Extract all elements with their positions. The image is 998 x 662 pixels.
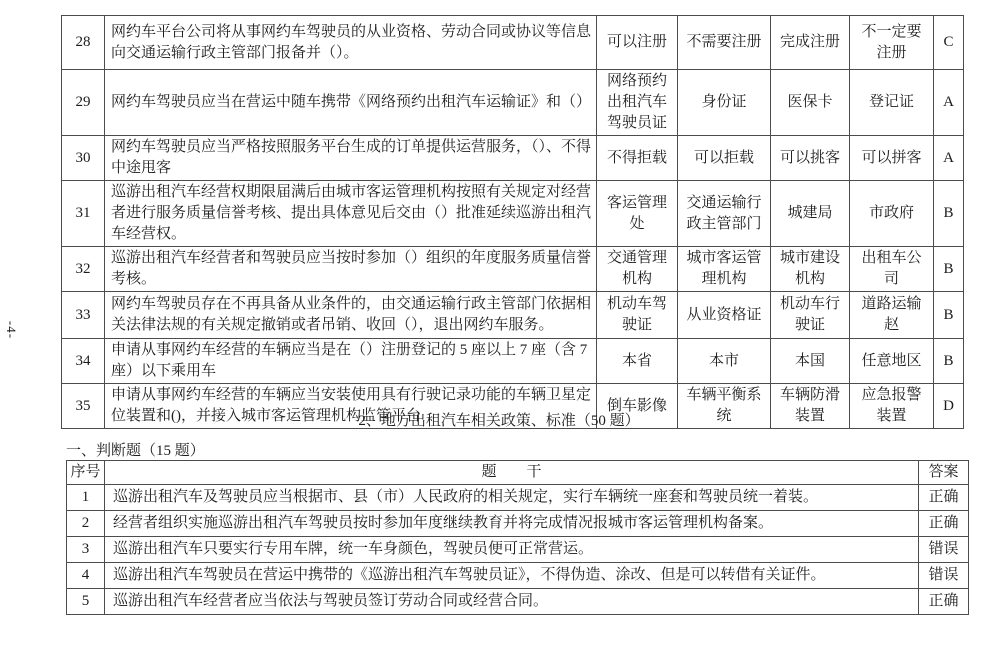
option-c-cell: 完成注册 bbox=[771, 16, 850, 70]
question-cell: 巡游出租汽车经营者和驾驶员应当按时参加（）组织的年度服务质量信誉考核。 bbox=[105, 247, 597, 292]
row-number-cell: 32 bbox=[62, 247, 105, 292]
header-answer: 答案 bbox=[919, 461, 969, 485]
row-number-cell: 5 bbox=[67, 589, 105, 615]
row-number-cell: 29 bbox=[62, 70, 105, 136]
answer-cell: A bbox=[934, 136, 964, 181]
page-number: -4- bbox=[3, 313, 19, 347]
answer-cell: 错误 bbox=[919, 537, 969, 563]
question-cell: 巡游出租汽车驾驶员在营运中携带的《巡游出租汽车驾驶员证》，不得伪造、涂改、但是可… bbox=[105, 563, 919, 589]
answer-cell: B bbox=[934, 247, 964, 292]
answer-cell: B bbox=[934, 181, 964, 247]
question-cell: 网约车驾驶员应当在营运中随车携带《网络预约出租汽车运输证》和（） bbox=[105, 70, 597, 136]
answer-cell: B bbox=[934, 339, 964, 384]
option-a-cell: 可以注册 bbox=[597, 16, 678, 70]
tf-row-1: 1 巡游出租汽车及驾驶员应当根据市、县（市）人民政府的相关规定，实行车辆统一座套… bbox=[67, 485, 969, 511]
section-title: 2、地方出租汽车相关政策、标准（50 题） bbox=[0, 409, 998, 430]
row-number-cell: 28 bbox=[62, 16, 105, 70]
question-cell: 巡游出租汽车只要实行专用车牌，统一车身颜色，驾驶员便可正常营运。 bbox=[105, 537, 919, 563]
question-cell: 申请从事网约车经营的车辆应当是在（）注册登记的 5 座以上 7 座（含 7 座）… bbox=[105, 339, 597, 384]
question-bank-page: -4- 28 网约车平台公司将从事网约车驾驶员的从业资格、劳动合同或协议等信息向… bbox=[0, 0, 998, 662]
option-a-cell: 不得拒载 bbox=[597, 136, 678, 181]
mc-row-32: 32 巡游出租汽车经营者和驾驶员应当按时参加（）组织的年度服务质量信誉考核。 交… bbox=[62, 247, 964, 292]
question-cell: 网约车平台公司将从事网约车驾驶员的从业资格、劳动合同或协议等信息向交通运输行政主… bbox=[105, 16, 597, 70]
mc-row-33: 33 网约车驾驶员存在不再具备从业条件的，由交通运输行政主管部门依据相关法律法规… bbox=[62, 292, 964, 339]
option-a-cell: 网络预约出租汽车驾驶员证 bbox=[597, 70, 678, 136]
option-b-cell: 不需要注册 bbox=[678, 16, 771, 70]
option-c-cell: 本国 bbox=[771, 339, 850, 384]
question-cell: 巡游出租汽车经营权期限届满后由城市客运管理机构按照有关规定对经营者进行服务质量信… bbox=[105, 181, 597, 247]
row-number-cell: 31 bbox=[62, 181, 105, 247]
header-question: 题 干 bbox=[105, 461, 919, 485]
judgment-table-header: 序号 题 干 答案 bbox=[67, 461, 969, 485]
question-cell: 巡游出租汽车经营者应当依法与驾驶员签订劳动合同或经营合同。 bbox=[105, 589, 919, 615]
option-d-cell: 登记证 bbox=[850, 70, 934, 136]
answer-cell: C bbox=[934, 16, 964, 70]
answer-cell: 正确 bbox=[919, 485, 969, 511]
tf-row-4: 4 巡游出租汽车驾驶员在营运中携带的《巡游出租汽车驾驶员证》，不得伪造、涂改、但… bbox=[67, 563, 969, 589]
mc-row-29: 29 网约车驾驶员应当在营运中随车携带《网络预约出租汽车运输证》和（） 网络预约… bbox=[62, 70, 964, 136]
row-number-cell: 30 bbox=[62, 136, 105, 181]
question-cell: 巡游出租汽车及驾驶员应当根据市、县（市）人民政府的相关规定，实行车辆统一座套和驾… bbox=[105, 485, 919, 511]
row-number-cell: 34 bbox=[62, 339, 105, 384]
option-a-cell: 交通管理机构 bbox=[597, 247, 678, 292]
header-number: 序号 bbox=[67, 461, 105, 485]
option-b-cell: 从业资格证 bbox=[678, 292, 771, 339]
answer-cell: 错误 bbox=[919, 563, 969, 589]
answer-cell: 正确 bbox=[919, 511, 969, 537]
mc-row-34: 34 申请从事网约车经营的车辆应当是在（）注册登记的 5 座以上 7 座（含 7… bbox=[62, 339, 964, 384]
option-d-cell: 市政府 bbox=[850, 181, 934, 247]
question-cell: 网约车驾驶员存在不再具备从业条件的，由交通运输行政主管部门依据相关法律法规的有关… bbox=[105, 292, 597, 339]
option-b-cell: 身份证 bbox=[678, 70, 771, 136]
tf-row-2: 2 经营者组织实施巡游出租汽车驾驶员按时参加年度继续教育并将完成情况报城市客运管… bbox=[67, 511, 969, 537]
question-cell: 经营者组织实施巡游出租汽车驾驶员按时参加年度继续教育并将完成情况报城市客运管理机… bbox=[105, 511, 919, 537]
row-number-cell: 1 bbox=[67, 485, 105, 511]
answer-cell: A bbox=[934, 70, 964, 136]
option-b-cell: 城市客运管理机构 bbox=[678, 247, 771, 292]
multiple-choice-table: 28 网约车平台公司将从事网约车驾驶员的从业资格、劳动合同或协议等信息向交通运输… bbox=[61, 15, 964, 429]
judgment-table: 序号 题 干 答案 1 巡游出租汽车及驾驶员应当根据市、县（市）人民政府的相关规… bbox=[66, 460, 969, 615]
tf-row-5: 5 巡游出租汽车经营者应当依法与驾驶员签订劳动合同或经营合同。 正确 bbox=[67, 589, 969, 615]
option-c-cell: 机动车行驶证 bbox=[771, 292, 850, 339]
answer-cell: 正确 bbox=[919, 589, 969, 615]
option-d-cell: 出租车公司 bbox=[850, 247, 934, 292]
row-number-cell: 4 bbox=[67, 563, 105, 589]
option-a-cell: 客运管理处 bbox=[597, 181, 678, 247]
option-d-cell: 任意地区 bbox=[850, 339, 934, 384]
mc-row-31: 31 巡游出租汽车经营权期限届满后由城市客运管理机构按照有关规定对经营者进行服务… bbox=[62, 181, 964, 247]
tf-row-3: 3 巡游出租汽车只要实行专用车牌，统一车身颜色，驾驶员便可正常营运。 错误 bbox=[67, 537, 969, 563]
option-d-cell: 不一定要注册 bbox=[850, 16, 934, 70]
row-number-cell: 2 bbox=[67, 511, 105, 537]
option-b-cell: 本市 bbox=[678, 339, 771, 384]
mc-row-28: 28 网约车平台公司将从事网约车驾驶员的从业资格、劳动合同或协议等信息向交通运输… bbox=[62, 16, 964, 70]
question-cell: 网约车驾驶员应当严格按照服务平台生成的订单提供运营服务，（）、不得中途甩客 bbox=[105, 136, 597, 181]
option-d-cell: 可以拼客 bbox=[850, 136, 934, 181]
option-c-cell: 医保卡 bbox=[771, 70, 850, 136]
option-c-cell: 城建局 bbox=[771, 181, 850, 247]
option-c-cell: 可以挑客 bbox=[771, 136, 850, 181]
option-d-cell: 道路运输赵 bbox=[850, 292, 934, 339]
row-number-cell: 33 bbox=[62, 292, 105, 339]
answer-cell: B bbox=[934, 292, 964, 339]
option-a-cell: 本省 bbox=[597, 339, 678, 384]
subsection-title: 一、判断题（15 题） bbox=[66, 439, 205, 460]
option-b-cell: 可以拒载 bbox=[678, 136, 771, 181]
option-b-cell: 交通运输行政主管部门 bbox=[678, 181, 771, 247]
mc-row-30: 30 网约车驾驶员应当严格按照服务平台生成的订单提供运营服务，（）、不得中途甩客… bbox=[62, 136, 964, 181]
option-a-cell: 机动车驾驶证 bbox=[597, 292, 678, 339]
option-c-cell: 城市建设机构 bbox=[771, 247, 850, 292]
row-number-cell: 3 bbox=[67, 537, 105, 563]
